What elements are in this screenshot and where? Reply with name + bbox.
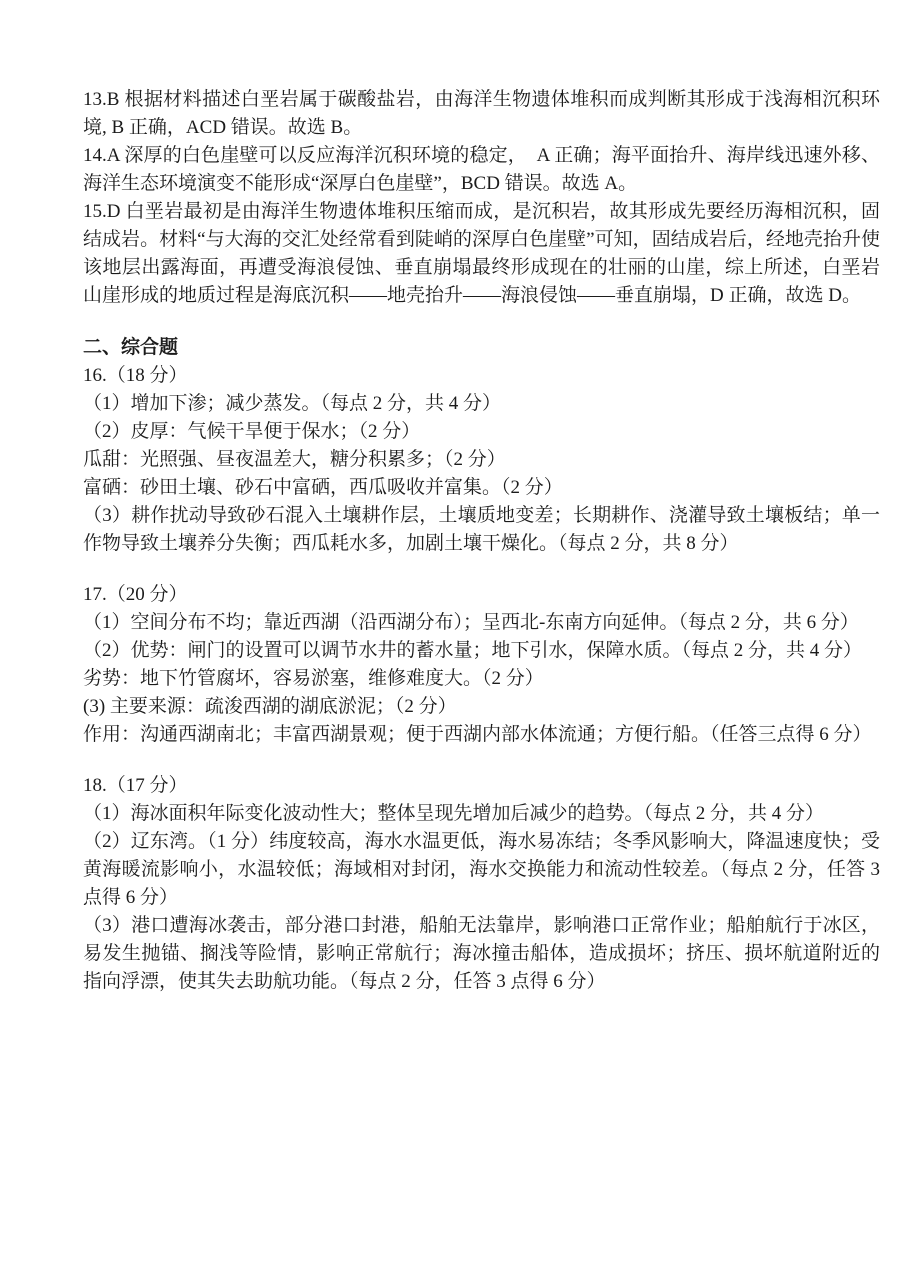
question-18-answers: 18.（17 分） （1）海冰面积年际变化波动性大；整体呈现先增加后减少的趋势。… xyxy=(83,772,880,996)
question-16-part1: （1）增加下渗；减少蒸发。（每点 2 分，共 4 分） xyxy=(83,390,880,418)
question-16-answers: 16.（18 分） （1）增加下渗；减少蒸发。（每点 2 分，共 4 分） （2… xyxy=(83,362,880,558)
question-17-header: 17.（20 分） xyxy=(83,581,880,609)
question-16-part3: （3）耕作扰动导致砂石混入土壤耕作层，土壤质地变差；长期耕作、浇灌导致土壤板结；… xyxy=(83,502,880,558)
question-17-part2-advantage: （2）优势：闸门的设置可以调节水井的蓄水量；地下引水，保障水质。（每点 2 分，… xyxy=(83,637,880,665)
explanation-13: 13.B 根据材料描述白垩岩属于碳酸盐岩，由海洋生物遗体堆积而成判断其形成于浅海… xyxy=(83,86,880,142)
question-18-header: 18.（17 分） xyxy=(83,772,880,800)
question-17-part3-function: 作用：沟通西湖南北；丰富西湖景观；便于西湖内部水体流通；方便行船。（任答三点得 … xyxy=(83,721,880,749)
question-17-answers: 17.（20 分） （1）空间分布不均；靠近西湖（沿西湖分布）；呈西北-东南方向… xyxy=(83,581,880,749)
question-17-part1: （1）空间分布不均；靠近西湖（沿西湖分布）；呈西北-东南方向延伸。（每点 2 分… xyxy=(83,609,880,637)
question-18-part3: （3）港口遭海冰袭击，部分港口封港，船舶无法靠岸，影响港口正常作业；船舶航行于冰… xyxy=(83,912,880,996)
question-17-part3-source: (3) 主要来源：疏浚西湖的湖底淤泥；（2 分） xyxy=(83,693,880,721)
answer-key-page: 13.B 根据材料描述白垩岩属于碳酸盐岩，由海洋生物遗体堆积而成判断其形成于浅海… xyxy=(0,0,900,1273)
explanation-14: 14.A 深厚的白色崖壁可以反应海洋沉积环境的稳定， A 正确；海平面抬升、海岸… xyxy=(83,142,880,198)
question-16-part2-sweet: 瓜甜：光照强、昼夜温差大，糖分积累多；（2 分） xyxy=(83,446,880,474)
question-16-part2: （2）皮厚：气候干旱便于保水；（2 分） xyxy=(83,418,880,446)
section-heading-comprehensive: 二、综合题 xyxy=(83,334,880,362)
question-16-header: 16.（18 分） xyxy=(83,362,880,390)
explanation-15: 15.D 白垩岩最初是由海洋生物遗体堆积压缩而成，是沉积岩，故其形成先要经历海相… xyxy=(83,198,880,310)
choice-answer-explanations: 13.B 根据材料描述白垩岩属于碳酸盐岩，由海洋生物遗体堆积而成判断其形成于浅海… xyxy=(83,86,880,310)
question-18-part1: （1）海冰面积年际变化波动性大；整体呈现先增加后减少的趋势。（每点 2 分，共 … xyxy=(83,800,880,828)
question-17-part2-disadvantage: 劣势：地下竹管腐坏，容易淤塞，维修难度大。（2 分） xyxy=(83,665,880,693)
question-16-part2-selenium: 富硒：砂田土壤、砂石中富硒，西瓜吸收并富集。（2 分） xyxy=(83,474,880,502)
question-18-part2: （2）辽东湾。（1 分）纬度较高，海水水温更低，海水易冻结；冬季风影响大，降温速… xyxy=(83,828,880,912)
